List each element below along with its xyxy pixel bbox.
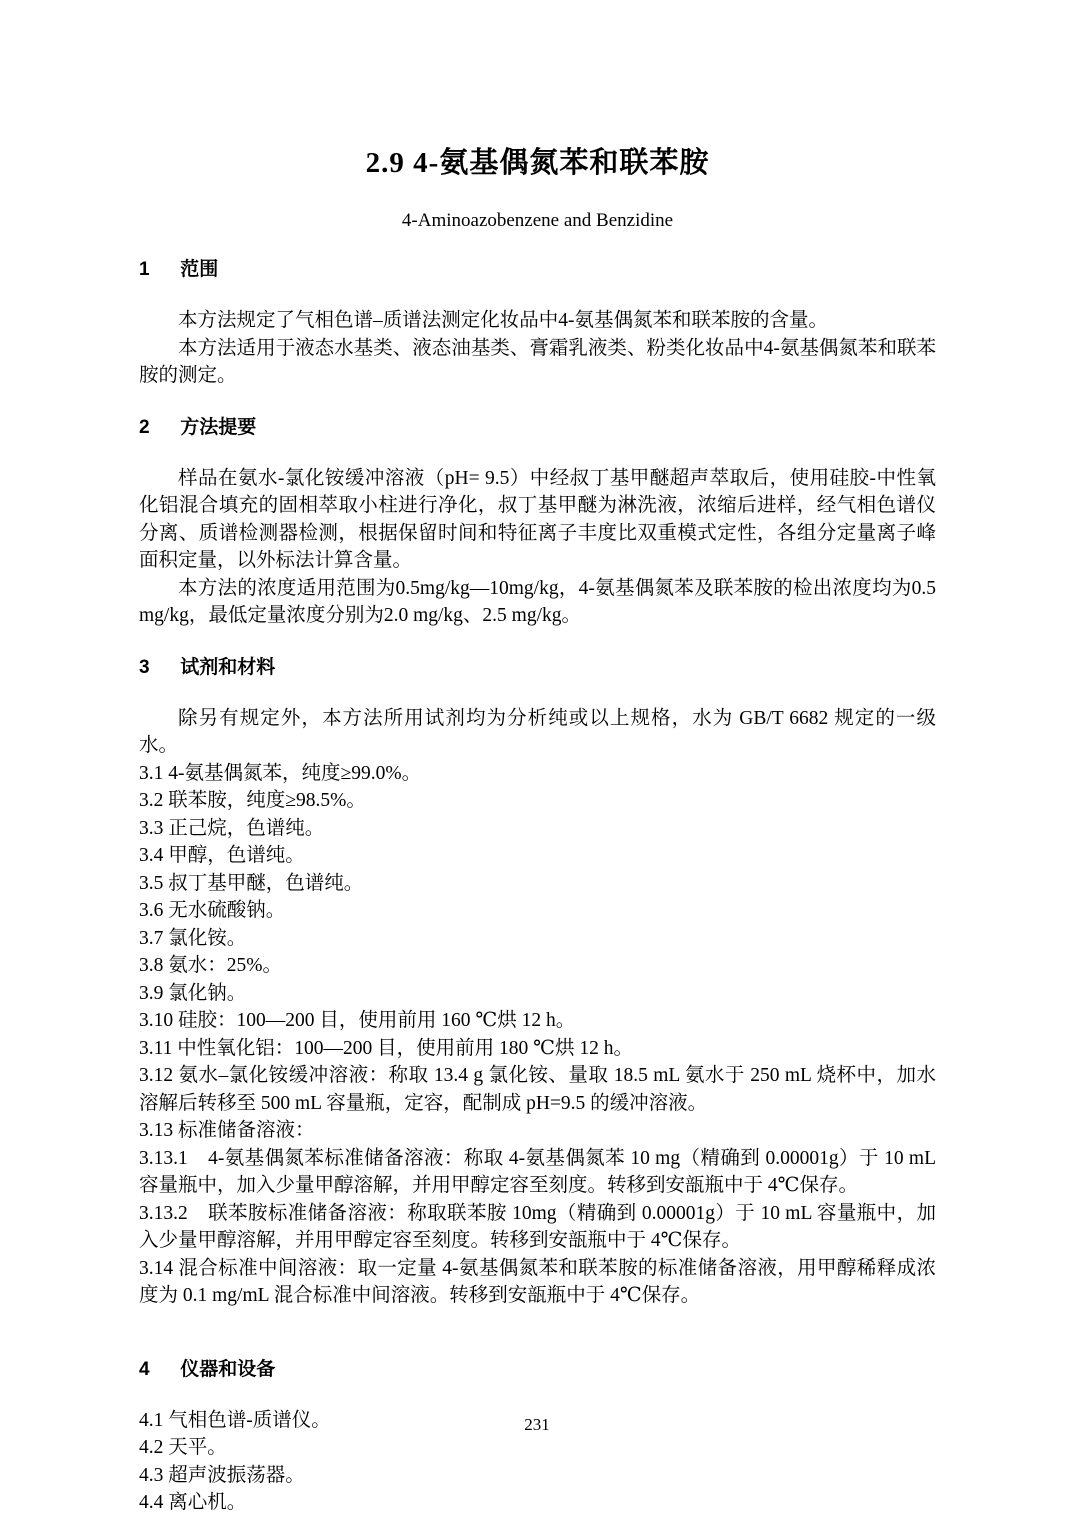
doc-subtitle: 4-Aminoazobenzene and Benzidine	[139, 209, 936, 232]
section-2-heading: 2 方法提要	[139, 416, 936, 439]
list-item: 3.12 氨水–氯化铵缓冲溶液：称取 13.4 g 氯化铵、量取 18.5 mL…	[139, 1062, 936, 1117]
list-item: 3.14 混合标准中间溶液：取一定量 4-氨基偶氮苯和联苯胺的标准储备溶液，用甲…	[139, 1255, 936, 1310]
section-3-body: 除另有规定外，本方法所用试剂均为分析纯或以上规格，水为 GB/T 6682 规定…	[139, 705, 936, 1310]
list-item: 3.8 氨水：25%。	[139, 952, 936, 980]
list-item: 3.6 无水硫酸钠。	[139, 897, 936, 925]
section-1-body: 本方法规定了气相色谱–质谱法测定化妆品中4-氨基偶氮苯和联苯胺的含量。 本方法适…	[139, 307, 936, 390]
section-4-number: 4	[139, 1358, 153, 1381]
list-item: 4.3 超声波振荡器。	[139, 1462, 936, 1490]
section-3-title: 试剂和材料	[180, 657, 275, 678]
list-item: 3.13.2 联苯胺标准储备溶液：称取联苯胺 10mg（精确到 0.00001g…	[139, 1200, 936, 1255]
doc-title: 2.9 4-氨基偶氮苯和联苯胺	[139, 146, 936, 180]
list-item: 3.2 联苯胺，纯度≥98.5%。	[139, 787, 936, 815]
list-item: 3.13.1 4-氨基偶氮苯标准储备溶液：称取 4-氨基偶氮苯 10 mg（精确…	[139, 1145, 936, 1200]
section-2-number: 2	[139, 416, 153, 439]
list-item: 3.11 中性氧化铝：100—200 目，使用前用 180 ℃烘 12 h。	[139, 1035, 936, 1063]
document-page: 2.9 4-氨基偶氮苯和联苯胺 4-Aminoazobenzene and Be…	[0, 0, 1074, 1520]
section-4-title: 仪器和设备	[180, 1359, 275, 1380]
section-4-heading: 4 仪器和设备	[139, 1358, 936, 1381]
list-item: 3.5 叔丁基甲醚，色谱纯。	[139, 870, 936, 898]
list-item: 4.4 离心机。	[139, 1489, 936, 1517]
section-3-heading: 3 试剂和材料	[139, 656, 936, 679]
paragraph: 样品在氨水-氯化铵缓冲溶液（pH= 9.5）中经叔丁基甲醚超声萃取后，使用硅胶-…	[139, 465, 936, 575]
section-1-heading: 1 范围	[139, 258, 936, 281]
list-item: 3.3 正己烷，色谱纯。	[139, 815, 936, 843]
paragraph: 本方法规定了气相色谱–质谱法测定化妆品中4-氨基偶氮苯和联苯胺的含量。	[139, 307, 936, 335]
list-item: 3.10 硅胶：100—200 目，使用前用 160 ℃烘 12 h。	[139, 1007, 936, 1035]
list-item: 3.1 4-氨基偶氮苯，纯度≥99.0%。	[139, 760, 936, 788]
section-2-title: 方法提要	[180, 417, 256, 438]
section-2-body: 样品在氨水-氯化铵缓冲溶液（pH= 9.5）中经叔丁基甲醚超声萃取后，使用硅胶-…	[139, 465, 936, 630]
paragraph: 本方法的浓度适用范围为0.5mg/kg—10mg/kg，4-氨基偶氮苯及联苯胺的…	[139, 575, 936, 630]
section-1-title: 范围	[180, 259, 218, 280]
list-item: 3.13 标准储备溶液：	[139, 1117, 936, 1145]
paragraph: 除另有规定外，本方法所用试剂均为分析纯或以上规格，水为 GB/T 6682 规定…	[139, 705, 936, 760]
list-item: 3.4 甲醇，色谱纯。	[139, 842, 936, 870]
list-item: 4.2 天平。	[139, 1434, 936, 1462]
list-item: 3.9 氯化钠。	[139, 980, 936, 1008]
section-3-number: 3	[139, 656, 153, 679]
section-1-number: 1	[139, 258, 153, 281]
list-item: 3.7 氯化铵。	[139, 925, 936, 953]
paragraph: 本方法适用于液态水基类、液态油基类、膏霜乳液类、粉类化妆品中4-氨基偶氮苯和联苯…	[139, 335, 936, 390]
page-number: 231	[0, 1414, 1074, 1435]
